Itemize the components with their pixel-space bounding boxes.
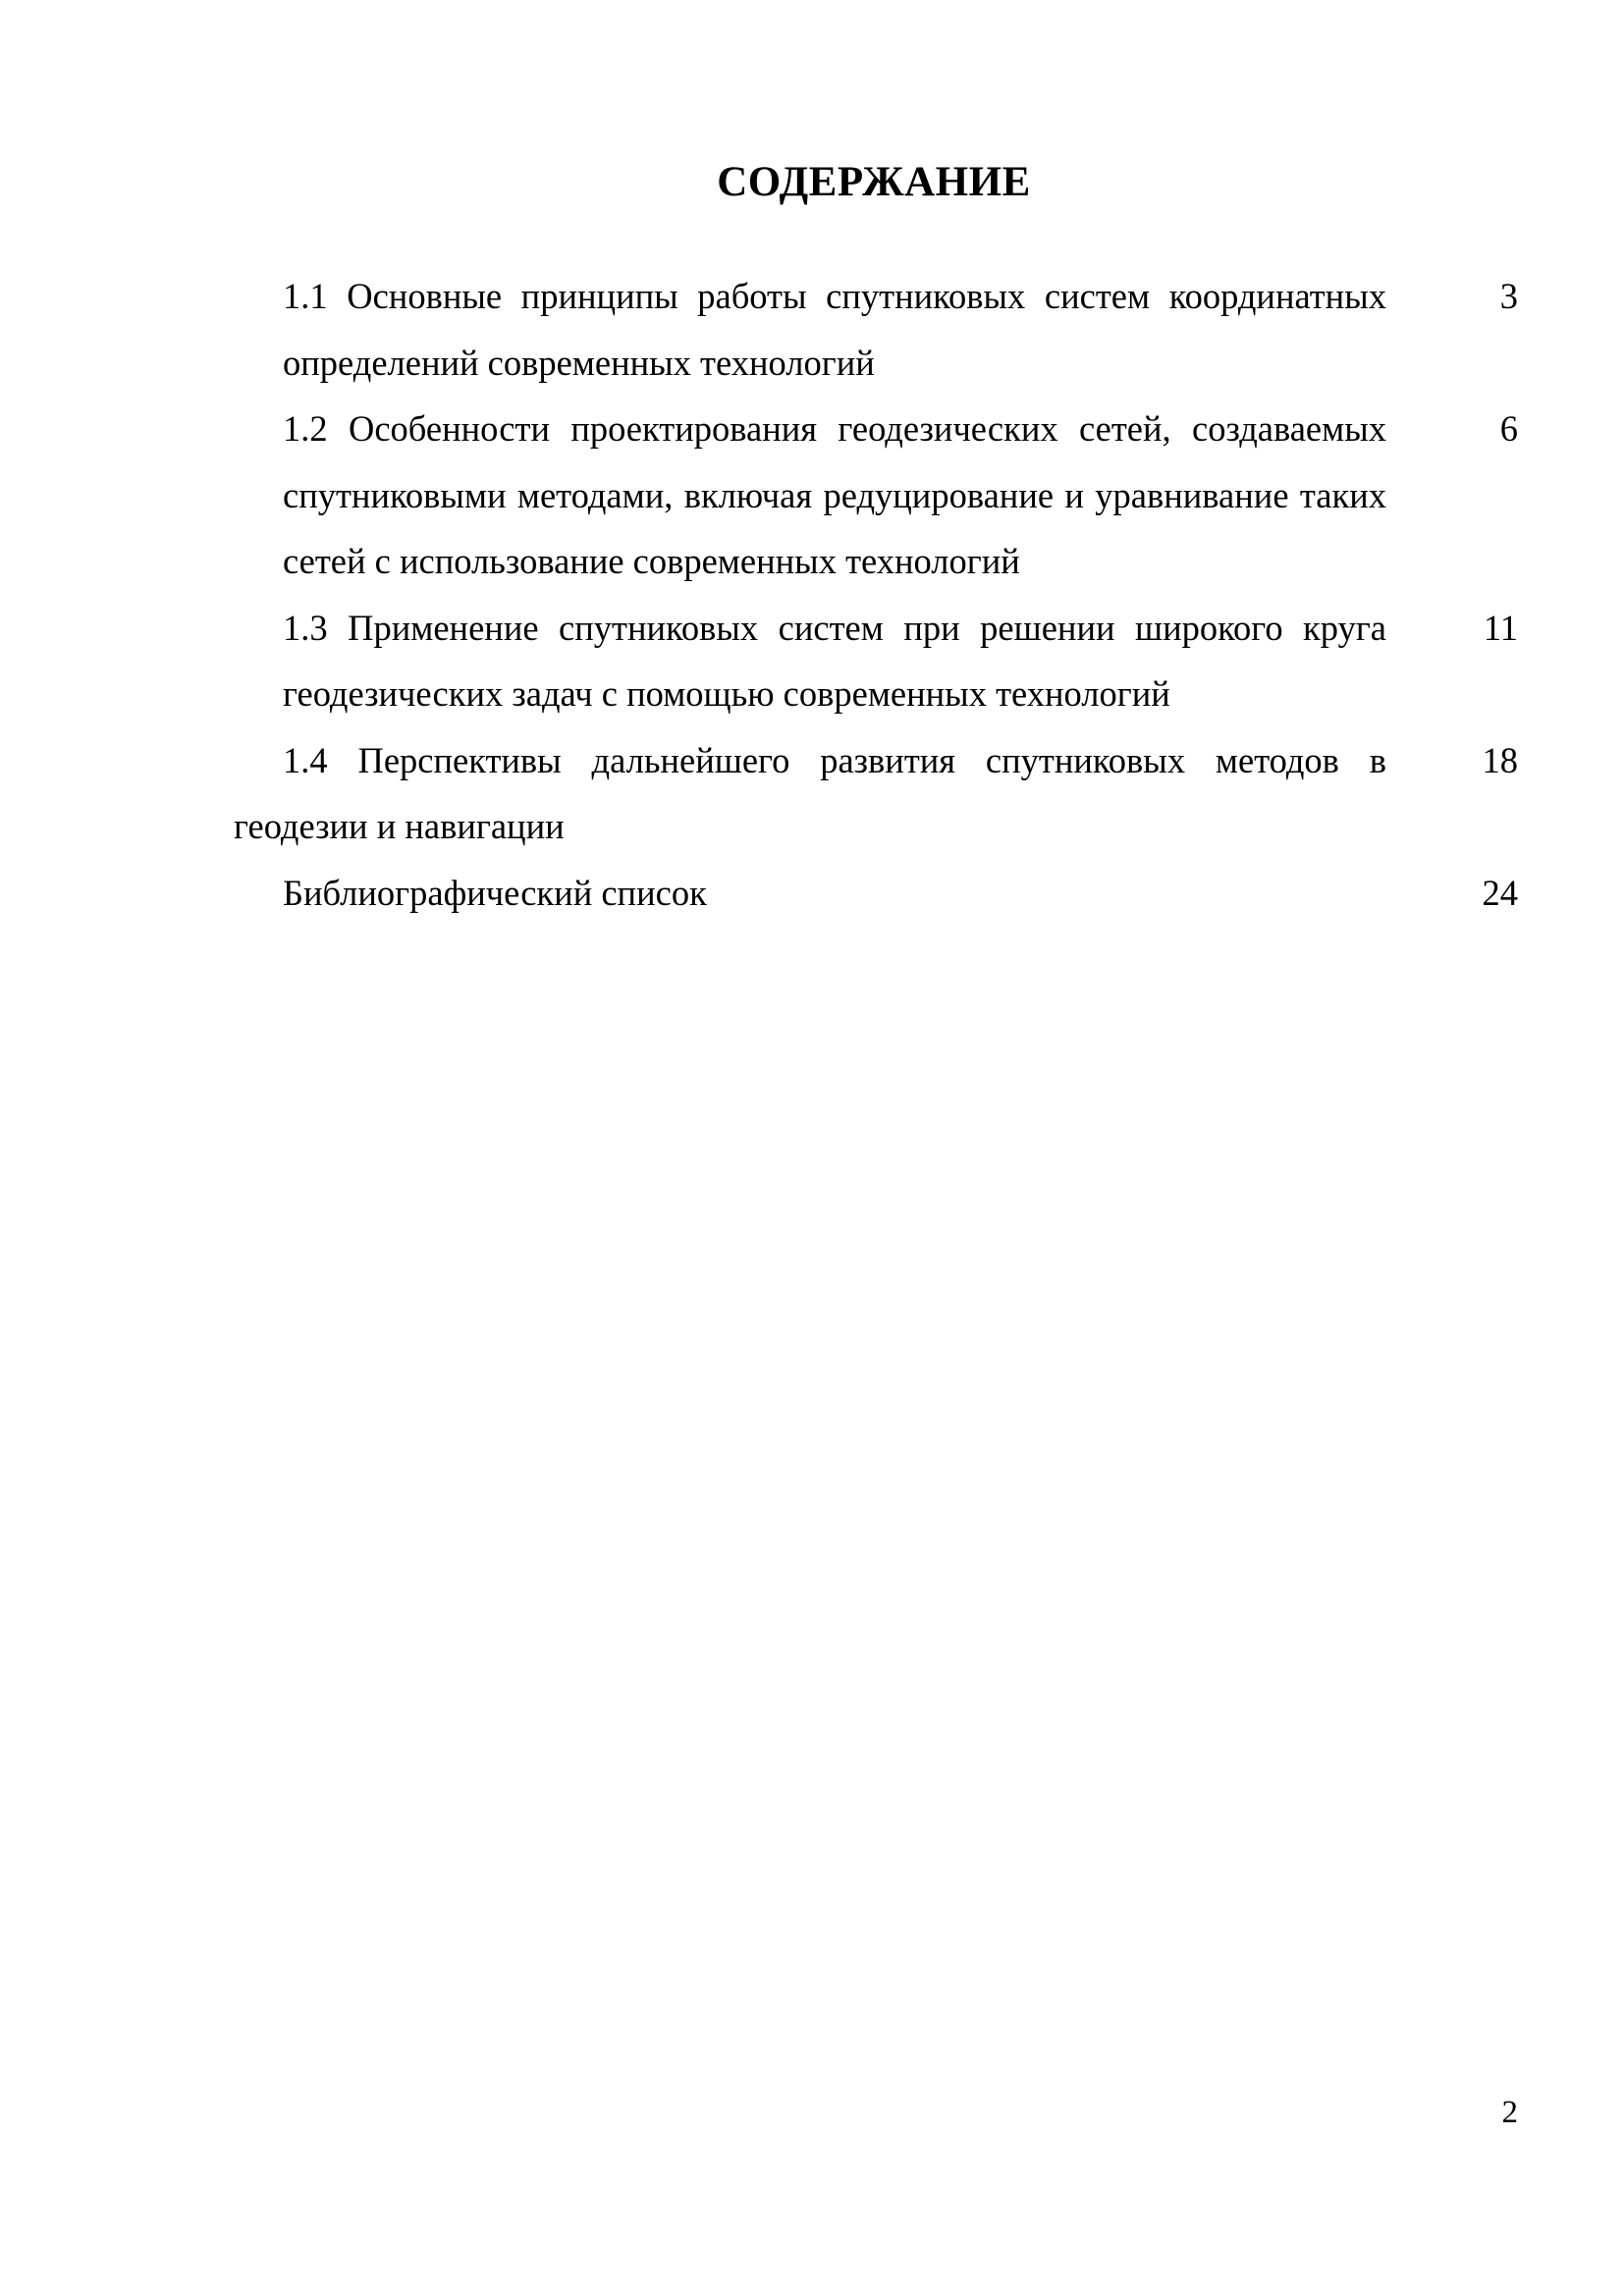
toc-entry-page: 11	[1484, 595, 1518, 662]
toc-entry: 1.4 Перспективы дальнейшего развития спу…	[0, 727, 1624, 860]
toc-entry: 1.2 Особенности проектирования геодезиче…	[0, 396, 1624, 595]
document-page: СОДЕРЖАНИЕ 1.1 Основные принципы работы …	[0, 0, 1624, 2296]
toc-entry: 1.3 Применение спутниковых систем при ре…	[0, 595, 1624, 727]
toc-entry-title: Библиографический список	[283, 860, 1386, 927]
toc-entry: Библиографический список 24	[0, 860, 1624, 927]
toc-entry-page: 6	[1500, 396, 1518, 462]
toc-entry-page: 24	[1483, 860, 1519, 927]
page-title: СОДЕРЖАНИЕ	[0, 155, 1624, 210]
toc-entry-page: 18	[1483, 727, 1519, 794]
toc-entry-title: 1.2 Особенности проектирования геодезиче…	[283, 396, 1386, 595]
page-number: 2	[1502, 2091, 1519, 2134]
toc-entry-title: 1.4 Перспективы дальнейшего развития спу…	[234, 727, 1386, 860]
toc-entry-title: 1.1 Основные принципы работы спутниковых…	[283, 263, 1386, 396]
toc-entry-title: 1.3 Применение спутниковых систем при ре…	[283, 595, 1386, 727]
toc-entry: 1.1 Основные принципы работы спутниковых…	[0, 263, 1624, 396]
toc-entry-page: 3	[1500, 263, 1518, 330]
table-of-contents: 1.1 Основные принципы работы спутниковых…	[0, 263, 1624, 926]
